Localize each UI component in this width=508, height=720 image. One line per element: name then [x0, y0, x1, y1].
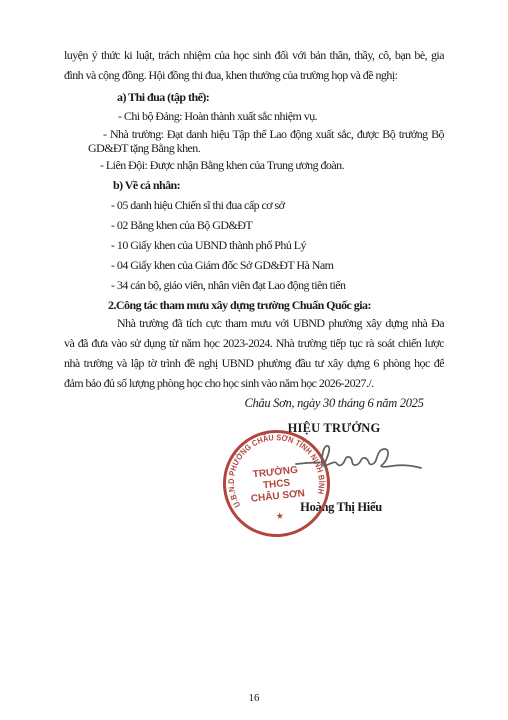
achievement-item-5: - 34 cán bộ, giáo viên, nhân viên đạt La…	[64, 275, 444, 295]
intro-line-1: luyện ý thức ki luật, trách nhiệm của họ…	[64, 45, 444, 65]
item-lien-doi: - Liên Đội: Được nhận Bằng khen của Trun…	[64, 155, 444, 175]
section-2-para-line-4: đảm bảo đủ số lượng phòng học cho học si…	[64, 373, 444, 393]
section-2-para-line-1: Nhà trường đã tích cực tham mưu với UBND…	[64, 313, 444, 333]
achievement-item-3: - 10 Giấy khen của UBND thành phố Phủ Lý	[64, 235, 444, 255]
place-date-line: Châu Sơn, ngày 30 tháng 6 năm 2025	[224, 393, 444, 413]
document-page: { "page": { "number": "16" }, "document"…	[0, 0, 508, 720]
item-nha-truong-line-1: - Nhà trường: Đạt danh hiệu Tập thể Lao …	[64, 127, 444, 141]
item-nha-truong-line-2: GD&ĐT tặng Bằng khen.	[64, 141, 444, 155]
section-2-para-line-2: và đã đưa vào sử dụng từ năm học 2023-20…	[64, 333, 444, 353]
intro-line-2: đình và cộng đồng. Hội đồng thi đua, khe…	[64, 65, 444, 85]
section-b-heading: b) Về cá nhân:	[64, 175, 444, 195]
achievement-item-2: - 02 Bằng khen của Bộ GD&ĐT	[64, 215, 444, 235]
signature-scribble	[288, 436, 428, 488]
achievement-item-4: - 04 Giấy khen của Giám đốc Sở GD&ĐT Hà …	[64, 255, 444, 275]
signature-main-stroke	[322, 446, 421, 468]
achievement-item-1: - 05 danh hiệu Chiến sĩ thi đua cấp cơ s…	[64, 195, 444, 215]
section-2-heading: 2.Công tác tham mưu xây dựng trường Chuẩ…	[64, 295, 444, 315]
document-body: luyện ý thức ki luật, trách nhiệm của họ…	[64, 45, 444, 393]
star-icon: ★	[275, 510, 284, 521]
item-chi-bo-dang: - Chi bộ Đảng: Hoàn thành xuất sắc nhiệm…	[64, 106, 444, 126]
section-a-heading: a) Thi đua (tập thể):	[64, 87, 444, 107]
page-number: 16	[0, 692, 508, 704]
signature-lead-stroke	[296, 463, 320, 465]
section-2-para-line-3: nhà trường và lập tờ trình đề nghị UBND …	[64, 353, 444, 373]
